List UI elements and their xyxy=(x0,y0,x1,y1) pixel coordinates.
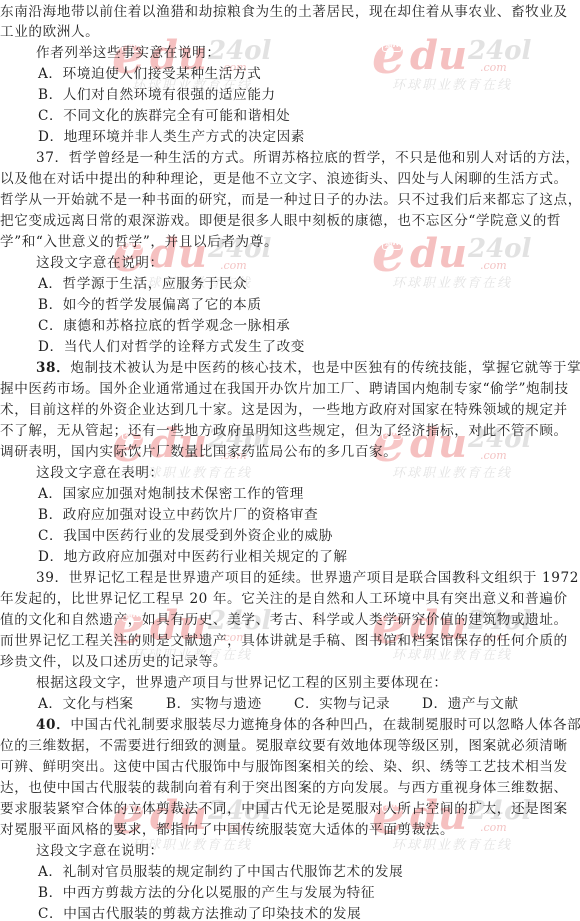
q37-option-d[interactable]: D．当代人们对哲学的诠释方式发生了改变 xyxy=(38,337,580,357)
q39-passage-line: 值的文化和自然遗产，如具有历史、美学、考古、科学或人类学研究价值的建筑物或遗址。 xyxy=(0,610,580,630)
q37-passage-line: 37．哲学曾经是一种生活的方式。所谓苏格拉底的哲学，不只是他和别人对话的方法， xyxy=(36,148,580,168)
q40-option-a[interactable]: A．礼制对官员服装的规定制约了中国古代服饰艺术的发展 xyxy=(38,862,580,882)
exam-page: e 盟R du 24ol .com 环球职业教育在线 e 盟R du 24ol … xyxy=(0,0,580,921)
q38-option-d[interactable]: D．地方政府应加强对中医药行业相关规定的了解 xyxy=(38,547,580,567)
question-number: 40． xyxy=(36,717,70,733)
q39-passage-line: 年发起的，比世界记忆工程早 20 年。它关注的是自然和人工环境中具有突出意义和普… xyxy=(0,589,580,609)
q39-option-d[interactable]: D．遗产与文献 xyxy=(422,694,519,714)
q40-option-b[interactable]: B．中西方剪裁方法的分化以冕服的产生与发展为特征 xyxy=(38,883,580,903)
q36-option-b[interactable]: B．人们对自然环境有很强的适应能力 xyxy=(38,85,580,105)
q38-prompt: 这段文字意在表明： xyxy=(36,463,580,483)
q37-passage-line: 把它变成远离日常的艰深游戏。即便是很多人眼中刻板的康德，也不忘区分“学院意义的哲 xyxy=(0,211,580,231)
q36-prompt: 作者列举这些事实意在说明： xyxy=(36,43,580,63)
q40-prompt: 这段文字意在说明： xyxy=(36,841,580,861)
q39-passage-line: 珍贵文件，以及口述历史的记录等。 xyxy=(0,652,580,672)
q38-passage-line: 握中医药市场。国外企业通常通过在我国开办饮片加工厂、聘请国内炮制专家“偷学”炮制… xyxy=(0,379,580,399)
q37-option-c[interactable]: C．康德和苏格拉底的哲学观念一脉相承 xyxy=(38,316,580,336)
q40-passage-line: 位的三维数据，不需要进行细致的测量。冕服章纹要有效地体现等级区别，图案就必须清晰 xyxy=(0,736,580,756)
q36-option-d[interactable]: D．地理环境并非人类生产方式的决定因素 xyxy=(38,127,580,147)
q40-passage-line: 达，也使中国古代服装的裁制向着有利于突出图案的方向发展。与西方重视身体三维数据、 xyxy=(0,778,580,798)
q37-prompt: 这段文字意在说明： xyxy=(36,253,580,273)
q37-passage-line: 学”和“入世意义的哲学”，并且以后者为尊。 xyxy=(0,232,580,252)
q38-option-a[interactable]: A．国家应加强对炮制技术保密工作的管理 xyxy=(38,484,580,504)
q40-passage-line: 对冕服平面风格的要求，都指向了中国传统服装宽大适体的平面剪裁法。 xyxy=(0,820,580,840)
q38-option-b[interactable]: B．政府应加强对设立中药饮片厂的资格审查 xyxy=(38,505,580,525)
q37-option-a[interactable]: A．哲学源于生活，应服务于民众 xyxy=(38,274,580,294)
q36-passage-line: 东南沿海地带以前住着以渔猎和劫掠粮食为生的土著居民，现在却住着从事农业、畜牧业及 xyxy=(0,2,580,22)
q39-prompt: 根据这段文字，世界遗产项目与世界记忆工程的区别主要体现在： xyxy=(36,673,580,693)
q38-passage-line: 调研表明，国内实际饮片厂数量比国家药监局公布的多几百家。 xyxy=(0,442,580,462)
q39-option-c[interactable]: C．实物与记录 xyxy=(294,694,422,714)
q38-passage-line: 术，目前这样的外资企业达到几十家。这是因为，一些地方政府对国家在特殊领域的规定并 xyxy=(0,400,580,420)
q39-passage-line: 39．世界记忆工程是世界遗产项目的延续。世界遗产项目是联合国教科文组织于 197… xyxy=(36,568,580,588)
q36-option-c[interactable]: C．不同文化的族群完全有可能和谐相处 xyxy=(38,106,580,126)
q37-option-b[interactable]: B．如今的哲学发展偏离了它的本质 xyxy=(38,295,580,315)
q40-passage-line: 可辨、鲜明突出。这使中国古代服饰中与服饰图案相关的绘、染、织、绣等工艺技术相当发 xyxy=(0,757,580,777)
question-number: 37． xyxy=(36,150,69,166)
question-number: 39． xyxy=(36,570,69,586)
q37-passage-line: 以及他在对话中提出的种种理论，更是他不立文字、浪迹街头、四处与人闲聊的生活方式。 xyxy=(0,169,580,189)
q38-passage-line: 不了解，无从管起；还有一些地方政府虽明知这些规定，但为了经济指标，对此不管不顾。 xyxy=(0,421,580,441)
q39-option-a[interactable]: A．文化与档案 xyxy=(38,694,166,714)
q36-passage-line: 工业的欧洲人。 xyxy=(0,22,580,42)
q38-option-c[interactable]: C．我国中医药行业的发展受到外资企业的威胁 xyxy=(38,526,580,546)
q39-options-row: A．文化与档案B．实物与遗迹C．实物与记录D．遗产与文献 xyxy=(38,694,580,714)
question-number: 38． xyxy=(36,360,70,376)
q39-option-b[interactable]: B．实物与遗迹 xyxy=(166,694,294,714)
q40-passage-line: 要求服装紧窄合体的立体剪裁法不同，中国古代无论是冕服对人所占空间的扩大，还是图案 xyxy=(0,799,580,819)
q40-passage-line: 40．中国古代礼制要求服装尽力遮掩身体的各种凹凸，在裁制冕服时可以忽略人体各部 xyxy=(36,715,580,735)
q40-option-c[interactable]: C．中国古代服装的剪裁方法推动了印染技术的发展 xyxy=(38,904,580,921)
q38-passage-line: 38．炮制技术被认为是中医药的核心技术，也是中医独有的传统技能，掌握它就等于掌 xyxy=(36,358,580,378)
q37-passage-line: 哲学从一开始就不是一种书面的研究，而是一种过日子的办法。只不过我们后来都忘了这点… xyxy=(0,190,580,210)
q36-option-a[interactable]: A．环境迫使人们接受某种生活方式 xyxy=(38,64,580,84)
q39-passage-line: 而世界记忆工程关注的则是文献遗产，具体讲就是手稿、图书馆和档案馆保存的任何介质的 xyxy=(0,631,580,651)
